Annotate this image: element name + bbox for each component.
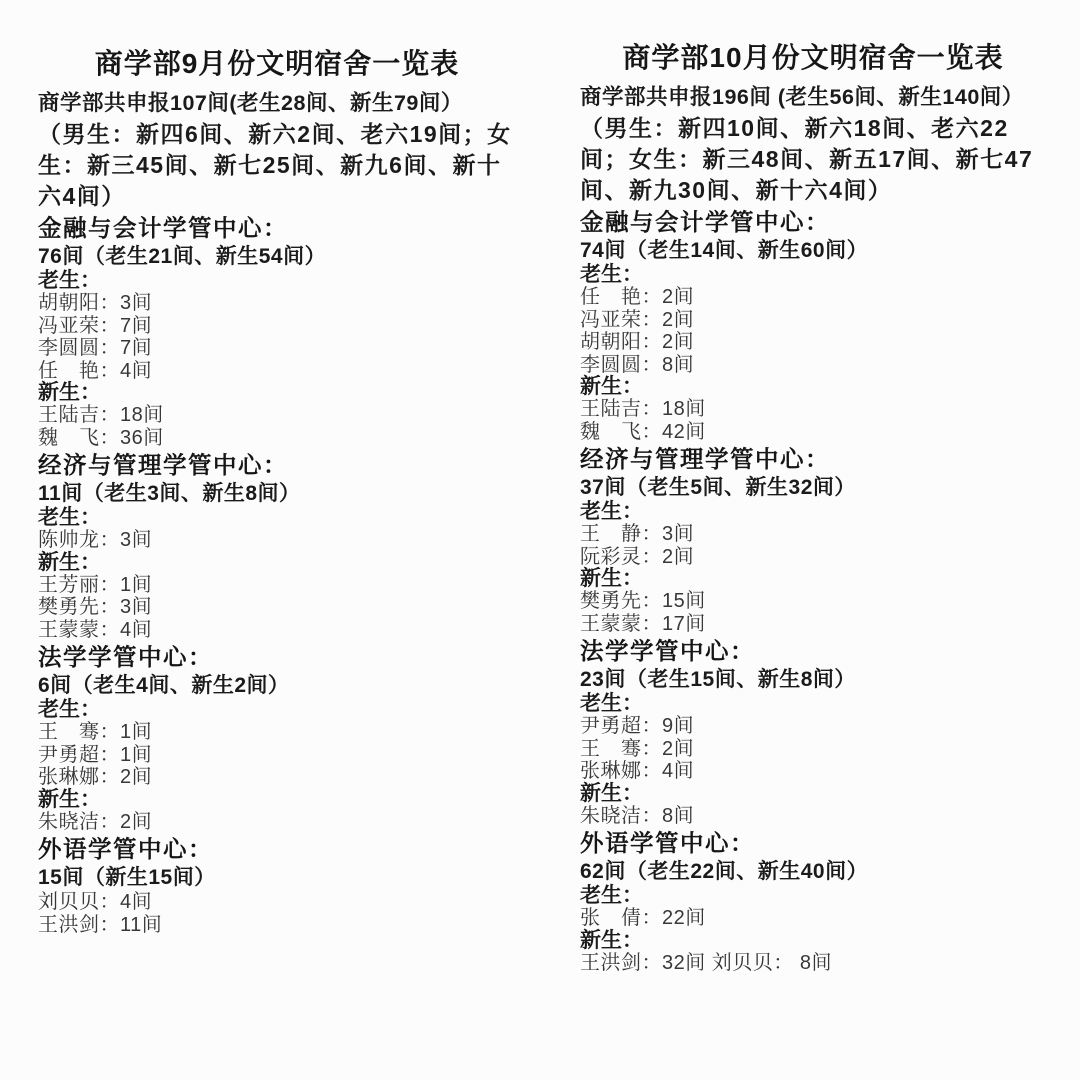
management-center-section: 外语学管中心：15间（新生15间）刘贝贝：4间王洪剑：11间 [38,834,516,936]
dorm-entry: 王陆吉：18间 [580,398,1046,421]
dorm-entry: 王洪剑：11间 [38,914,516,937]
summary-line: 商学部共申报196间 (老生56间、新生140间） [580,82,1046,113]
dorm-entry: 刘贝贝：4间 [38,891,516,914]
section-name: 经济与管理学管中心： [580,444,1046,474]
management-center-section: 法学学管中心：23间（老生15间、新生8间）老生：尹勇超：9间王 骞：2间张琳娜… [580,636,1046,827]
section-count: 37间（老生5间、新生32间） [580,474,1046,501]
dorm-entry: 王 骞：1间 [38,721,516,744]
section-count: 23间（老生15间、新生8间） [580,666,1046,693]
dorm-entry: 张 倩：22间 [580,907,1046,930]
dorm-entry: 张琳娜：2间 [38,766,516,789]
management-center-section: 经济与管理学管中心：11间（老生3间、新生8间）老生：陈帅龙：3间新生：王芳丽：… [38,450,516,641]
gender-breakdown-line: （男生：新四10间、新六18间、老六22间；女生：新三48间、新五17间、新七4… [580,113,1046,206]
dorm-entry: 王蒙蒙：17间 [580,613,1046,636]
dorm-entry: 阮彩灵：2间 [580,546,1046,569]
summary-line: 商学部共申报107间(老生28间、新生79间） [38,88,516,119]
dorm-entry: 胡朝阳：2间 [580,331,1046,354]
management-center-section: 法学学管中心：6间（老生4间、新生2间）老生：王 骞：1间尹勇超：1间张琳娜：2… [38,642,516,833]
dorm-entry: 樊勇先：3间 [38,596,516,619]
dorm-entry: 王蒙蒙：4间 [38,619,516,642]
dorm-entry: 王芳丽：1间 [38,574,516,597]
section-count: 6间（老生4间、新生2间） [38,672,516,699]
column-october: 商学部10月份文明宿舍一览表商学部共申报196间 (老生56间、新生140间）（… [580,36,1046,974]
student-group-label: 新生： [580,568,1046,590]
student-group-label: 老生： [38,270,516,292]
section-name: 经济与管理学管中心： [38,450,516,480]
management-center-section: 外语学管中心：62间（老生22间、新生40间）老生：张 倩：22间新生：王洪剑：… [580,828,1046,974]
student-group-label: 新生： [580,930,1046,952]
section-name: 外语学管中心： [580,828,1046,858]
dorm-entry: 张琳娜：4间 [580,760,1046,783]
section-name: 法学学管中心： [38,642,516,672]
dormitory-report-page: 商学部9月份文明宿舍一览表商学部共申报107间(老生28间、新生79间）（男生：… [0,0,1080,1080]
student-group-label: 新生： [38,382,516,404]
dorm-entry: 王洪剑：32间 刘贝贝： 8间 [580,952,1046,975]
student-group-label: 老生： [580,501,1046,523]
dorm-entry: 尹勇超：1间 [38,744,516,767]
section-name: 金融与会计学管中心： [38,213,516,243]
dorm-entry: 魏 飞：42间 [580,421,1046,444]
student-group-label: 新生： [38,789,516,811]
student-group-label: 老生： [38,507,516,529]
dorm-entry: 陈帅龙：3间 [38,529,516,552]
section-name: 法学学管中心： [580,636,1046,666]
section-count: 11间（老生3间、新生8间） [38,480,516,507]
dorm-entry: 胡朝阳：3间 [38,292,516,315]
dorm-entry: 冯亚荣：2间 [580,309,1046,332]
section-count: 74间（老生14间、新生60间） [580,237,1046,264]
section-name: 金融与会计学管中心： [580,207,1046,237]
report-title: 商学部10月份文明宿舍一览表 [580,36,1046,76]
dorm-entry: 任 艳：4间 [38,360,516,383]
student-group-label: 新生： [38,552,516,574]
section-count: 76间（老生21间、新生54间） [38,243,516,270]
dorm-entry: 李圆圆：8间 [580,354,1046,377]
section-count: 62间（老生22间、新生40间） [580,858,1046,885]
dorm-entry: 尹勇超：9间 [580,715,1046,738]
student-group-label: 老生： [580,693,1046,715]
dorm-entry: 王陆吉：18间 [38,404,516,427]
dorm-entry: 樊勇先：15间 [580,590,1046,613]
report-title: 商学部9月份文明宿舍一览表 [38,42,516,82]
section-count: 15间（新生15间） [38,864,516,891]
dorm-entry: 王 骞：2间 [580,738,1046,761]
student-group-label: 老生： [580,264,1046,286]
student-group-label: 老生： [580,885,1046,907]
dorm-entry: 冯亚荣：7间 [38,315,516,338]
management-center-section: 经济与管理学管中心：37间（老生5间、新生32间）老生：王 静：3间阮彩灵：2间… [580,444,1046,635]
column-september: 商学部9月份文明宿舍一览表商学部共申报107间(老生28间、新生79间）（男生：… [38,42,516,936]
student-group-label: 老生： [38,699,516,721]
gender-breakdown-line: （男生：新四6间、新六2间、老六19间；女生：新三45间、新七25间、新九6间、… [38,119,516,212]
dorm-entry: 朱晓洁：8间 [580,805,1046,828]
dorm-entry: 魏 飞：36间 [38,427,516,450]
student-group-label: 新生： [580,376,1046,398]
dorm-entry: 朱晓洁：2间 [38,811,516,834]
student-group-label: 新生： [580,783,1046,805]
dorm-entry: 任 艳：2间 [580,286,1046,309]
dorm-entry: 李圆圆：7间 [38,337,516,360]
section-name: 外语学管中心： [38,834,516,864]
management-center-section: 金融与会计学管中心：76间（老生21间、新生54间）老生：胡朝阳：3间冯亚荣：7… [38,213,516,449]
management-center-section: 金融与会计学管中心：74间（老生14间、新生60间）老生：任 艳：2间冯亚荣：2… [580,207,1046,443]
dorm-entry: 王 静：3间 [580,523,1046,546]
